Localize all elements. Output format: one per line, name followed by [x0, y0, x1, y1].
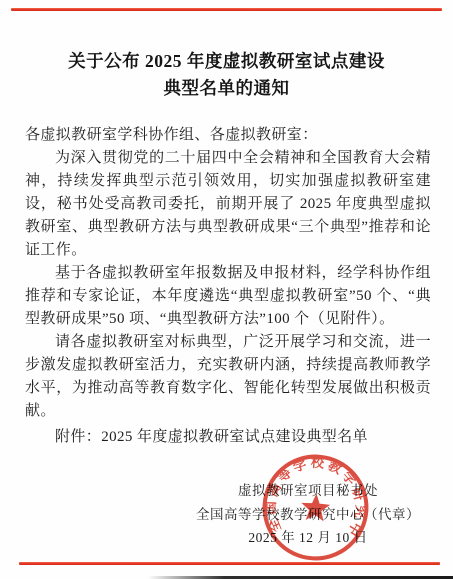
header-red-rule	[11, 8, 442, 11]
title-line-1: 关于公布 2025 年度虚拟教研室试点建设	[0, 48, 453, 75]
signature-date: 2025 年 12 月 10 日	[177, 526, 439, 550]
title-line-2: 典型名单的通知	[0, 75, 453, 102]
document-page: 关于公布 2025 年度虚拟教研室试点建设 典型名单的通知 各虚拟教研室学科协作…	[0, 0, 453, 579]
document-body: 各虚拟教研室学科协作组、各虚拟教研室： 为深入贯彻党的二十届四中全会精神和全国教…	[25, 124, 431, 449]
paragraph: 为深入贯彻党的二十届四中全会精神和全国教育大会精神，持续发挥典型示范引领效用，切…	[25, 147, 431, 262]
attachment-line: 附件：2025 年度虚拟教研室试点建设典型名单	[25, 426, 431, 449]
salutation: 各虚拟教研室学科协作组、各虚拟教研室：	[25, 124, 431, 147]
signature-block: 虚拟教研室项目秘书处 全国高等学校教学研究中心（代章） 2025 年 12 月 …	[177, 479, 439, 550]
signature-org-1: 虚拟教研室项目秘书处	[177, 479, 439, 503]
paragraph: 请各虚拟教研室对标典型，广泛开展学习和交流，进一步激发虚拟教研室活力，充实教研内…	[25, 331, 431, 423]
paragraph: 基于各虚拟教研室年报数据及申报材料，经学科协作组推荐和专家论证，本年度遴选“典型…	[25, 262, 431, 331]
document-title: 关于公布 2025 年度虚拟教研室试点建设 典型名单的通知	[0, 48, 453, 102]
footer-red-rule	[19, 562, 440, 565]
signature-org-2: 全国高等学校教学研究中心（代章）	[177, 503, 439, 527]
